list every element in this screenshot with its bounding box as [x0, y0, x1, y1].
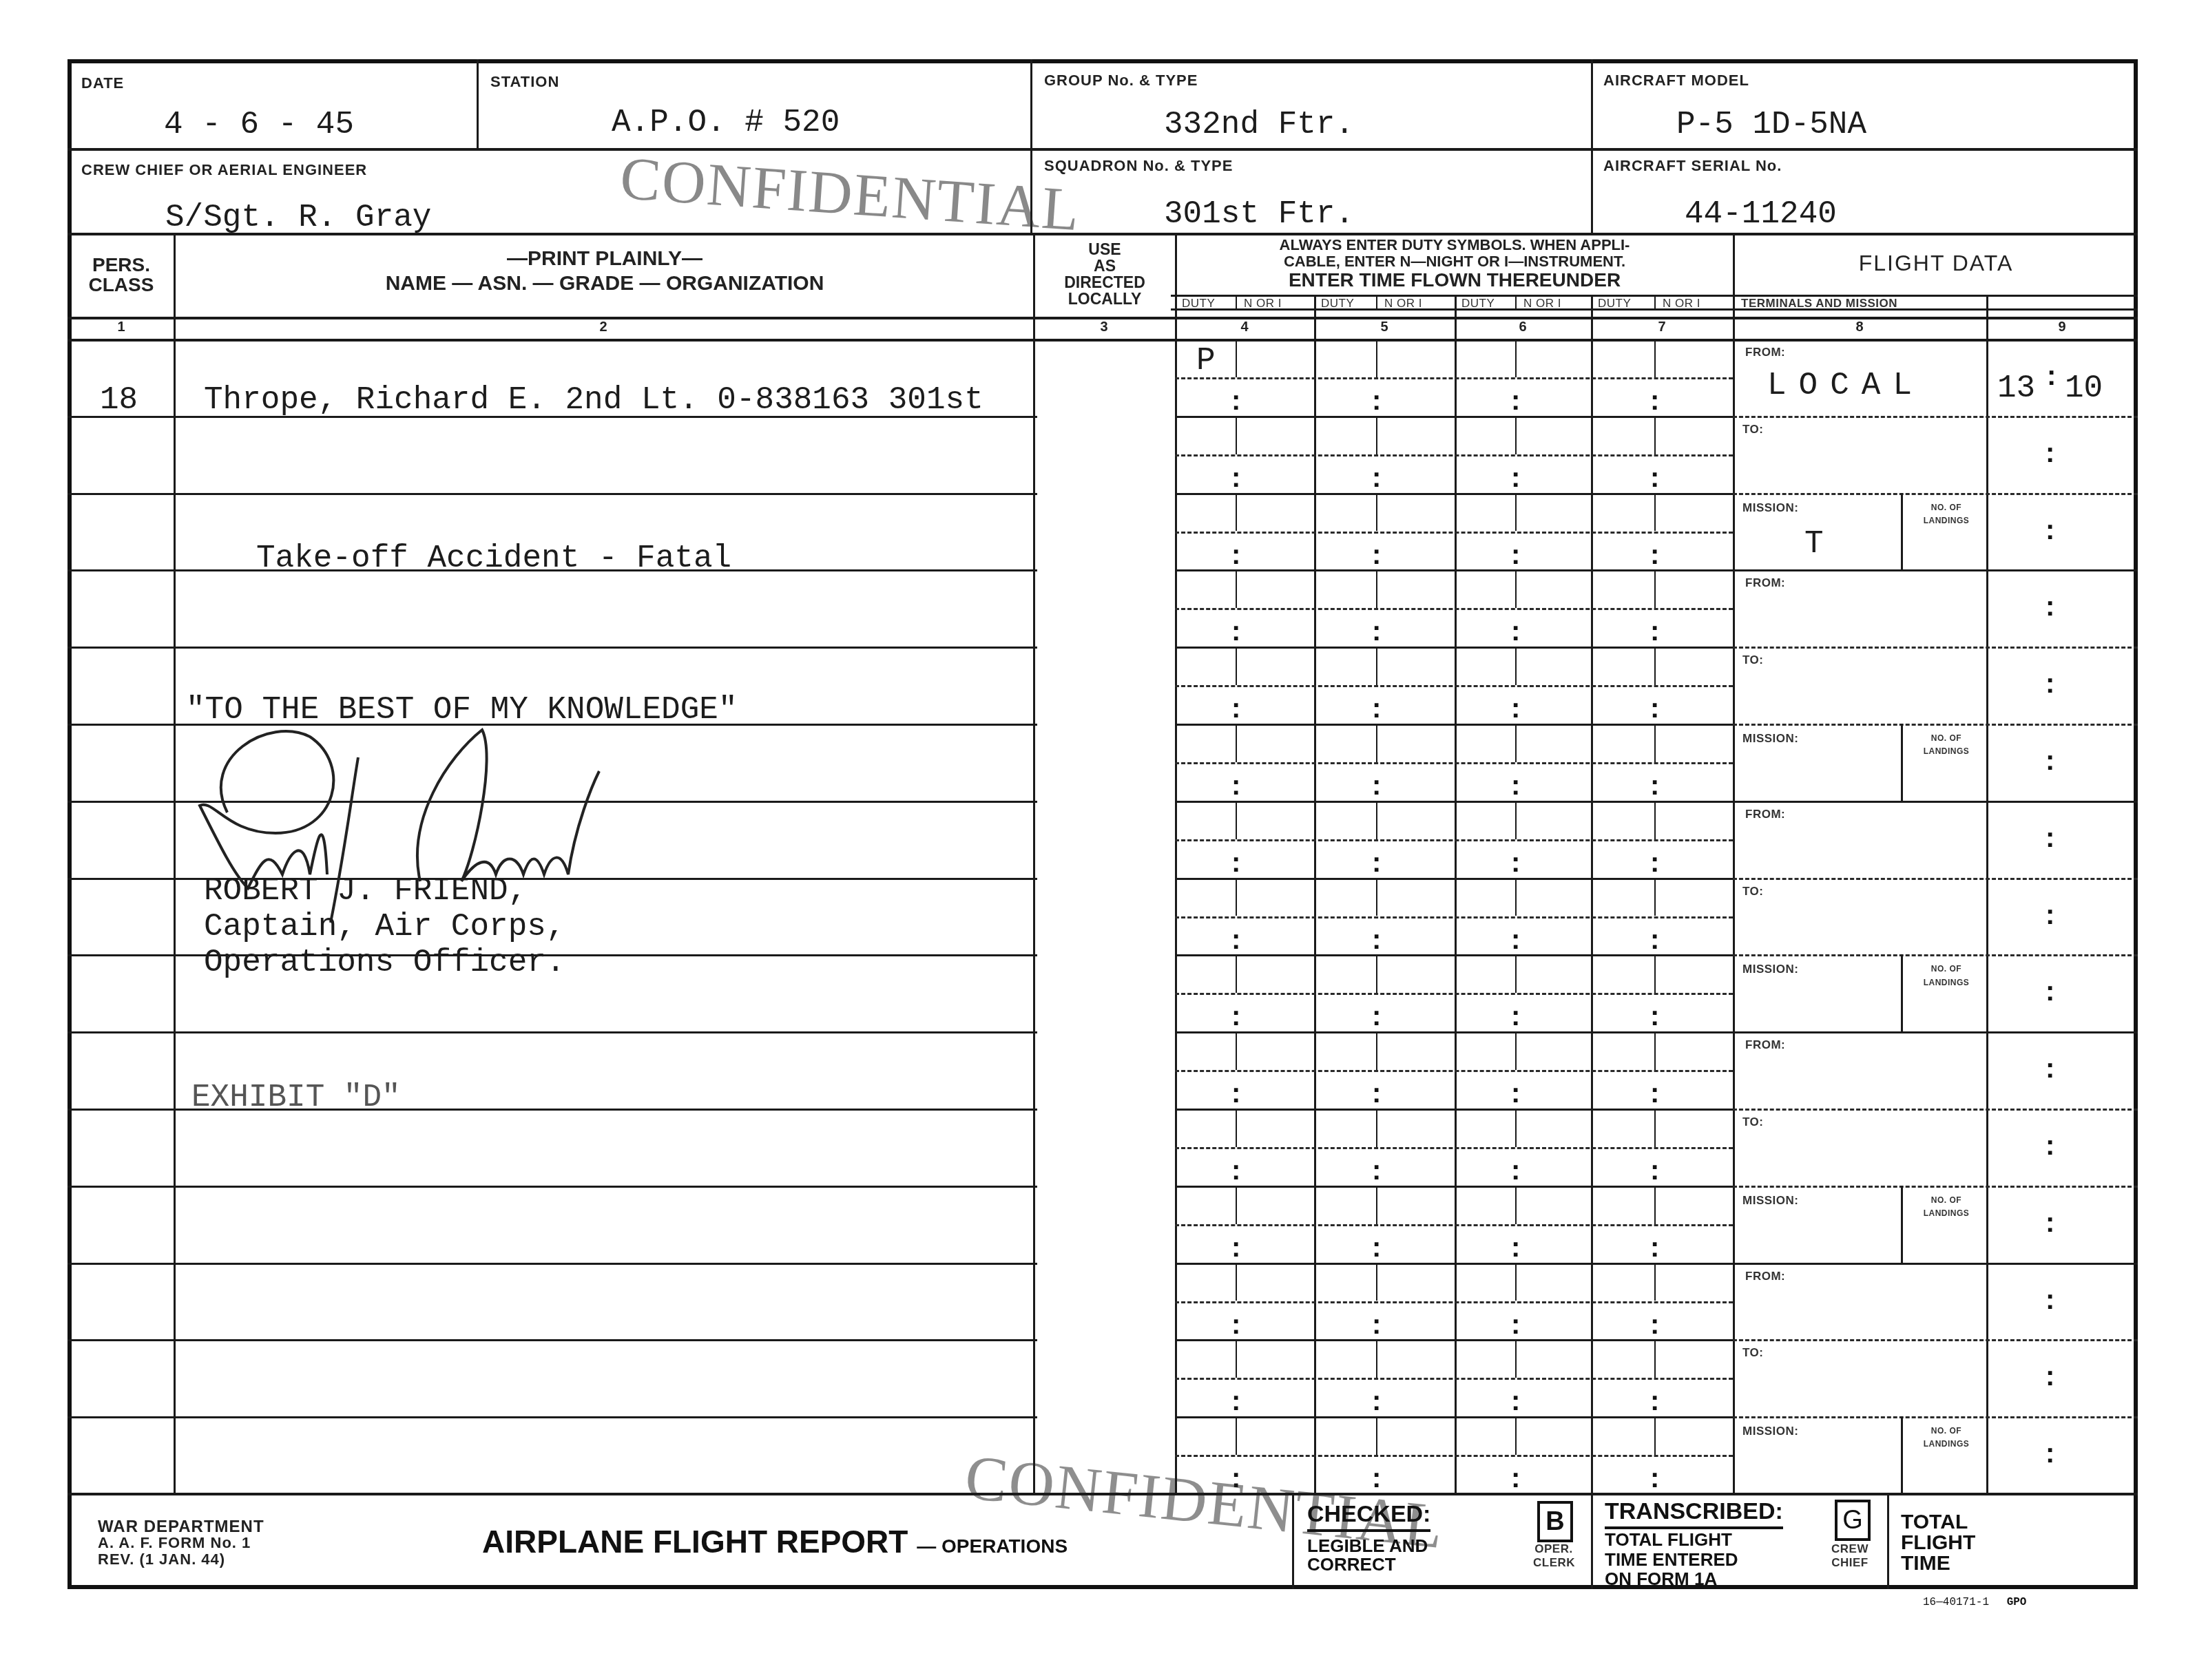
- divider: [67, 148, 2138, 151]
- to-mission-divider: [1733, 493, 2138, 495]
- nori-divider: [1376, 1416, 1377, 1455]
- divider: [1901, 1416, 1903, 1493]
- nori-subheader: N OR I: [1663, 297, 1700, 311]
- pers-class-value[interactable]: 18: [100, 382, 138, 418]
- to-mission-divider: [1733, 724, 2138, 726]
- nori-divider: [1515, 1416, 1517, 1455]
- nori-divider: [1236, 647, 1237, 685]
- landings-label: NO. OF LANDINGS: [1913, 732, 1979, 758]
- nori-divider: [1515, 1186, 1517, 1224]
- row-divider: [67, 1263, 1037, 1265]
- column-number: 1: [107, 319, 135, 335]
- flight-time-colon: :: [2046, 593, 2054, 620]
- flight-time-colon: :: [2046, 1209, 2054, 1237]
- divider: [1887, 1493, 1889, 1589]
- pers-class-header: PERS. CLASS: [69, 255, 174, 295]
- nori-divider: [1376, 493, 1377, 532]
- time-colon: :: [1231, 618, 1240, 645]
- crew-chief-box[interactable]: G: [1835, 1500, 1871, 1541]
- nori-divider: [1654, 416, 1656, 454]
- flight-time-colon: :: [2046, 824, 2054, 852]
- duty-time-divider: [1175, 377, 1733, 379]
- crew-chief-field[interactable]: S/Sgt. R. Gray: [165, 200, 431, 235]
- time-colon: :: [1372, 1387, 1381, 1415]
- nori-divider: [1515, 339, 1517, 377]
- nori-divider: [1654, 1416, 1656, 1455]
- nori-divider: [1515, 569, 1517, 608]
- nori-divider: [1376, 954, 1377, 993]
- time-colon: :: [1650, 1464, 1659, 1492]
- time-colon: :: [1372, 926, 1381, 954]
- nori-divider: [1515, 1031, 1517, 1070]
- nori-divider: [1236, 569, 1237, 608]
- from-label: FROM:: [1745, 808, 1785, 821]
- duty-time-divider: [1175, 1147, 1733, 1149]
- directed-word: DIRECTED: [1034, 274, 1175, 291]
- nori-divider: [1376, 724, 1377, 762]
- from-label: FROM:: [1745, 576, 1785, 590]
- from-to-divider: [1733, 878, 2138, 880]
- time-colon: :: [1650, 1080, 1659, 1107]
- block-divider: [1733, 1263, 2138, 1265]
- nori-divider: [1236, 801, 1237, 839]
- time-colon: :: [1511, 541, 1520, 569]
- checked-sub: LEGIBLE AND CORRECT: [1307, 1537, 1445, 1575]
- divider: [1455, 295, 1457, 1494]
- row-divider: [1175, 569, 1733, 571]
- nori-divider: [1376, 1263, 1377, 1301]
- divider: [1901, 724, 1903, 801]
- flight-time-colon: :: [2047, 362, 2056, 390]
- time-colon: :: [1511, 618, 1520, 645]
- time-colon: :: [1372, 618, 1381, 645]
- duty-subheader: DUTY: [1321, 297, 1354, 311]
- nori-divider: [1654, 1031, 1656, 1070]
- time-colon: :: [1372, 1080, 1381, 1107]
- time-colon: :: [1372, 541, 1381, 569]
- aircraft-model-label: AIRCRAFT MODEL: [1603, 72, 1749, 90]
- time-colon: :: [1372, 772, 1381, 799]
- divider: [1175, 233, 1177, 1494]
- time-colon: :: [1372, 464, 1381, 492]
- nori-divider: [1376, 1109, 1377, 1147]
- duty-time-divider: [1175, 454, 1733, 456]
- duty-instructions-1: ALWAYS ENTER DUTY SYMBOLS. WHEN APPLI-: [1176, 237, 1733, 253]
- row-divider: [67, 1339, 1037, 1341]
- divider: [1733, 233, 1735, 1494]
- group-label: GROUP No. & TYPE: [1044, 72, 1198, 90]
- time-colon: :: [1650, 926, 1659, 954]
- time-colon: :: [1650, 387, 1659, 414]
- crew-member-name[interactable]: Thrope, Richard E. 2nd Lt. 0-838163 301s…: [204, 382, 983, 418]
- time-colon: :: [1650, 464, 1659, 492]
- duty-time-divider: [1175, 1455, 1733, 1457]
- time-colon: :: [1231, 1311, 1240, 1338]
- time-colon: :: [1650, 618, 1659, 645]
- nori-divider: [1376, 416, 1377, 454]
- duty-subheader: DUTY: [1461, 297, 1495, 311]
- nori-divider: [1236, 1186, 1237, 1224]
- from-label: FROM:: [1745, 1270, 1785, 1283]
- flight-time-colon: :: [2046, 1363, 2054, 1390]
- to-label: TO:: [1742, 653, 1763, 667]
- oper-clerk-box[interactable]: B: [1537, 1501, 1573, 1542]
- divider: [1591, 1493, 1593, 1589]
- time-colon: :: [1231, 849, 1240, 876]
- row-divider: [1175, 493, 1733, 495]
- crew-chief-footer-label: CREW CHIEF: [1829, 1542, 1871, 1571]
- to-mission-divider: [1733, 1416, 2138, 1418]
- mission-label: MISSION:: [1742, 732, 1798, 746]
- aircraft-serial-field[interactable]: 44-11240: [1685, 196, 1837, 232]
- squadron-label: SQUADRON No. & TYPE: [1044, 157, 1233, 175]
- divider: [1986, 295, 1988, 1494]
- time-colon: :: [1231, 464, 1240, 492]
- flight-time-colon: :: [2046, 670, 2054, 697]
- flight-word: FLIGHT: [1901, 1533, 1975, 1553]
- time-colon: :: [1511, 387, 1520, 414]
- aircraft-serial-label: AIRCRAFT SERIAL No.: [1603, 157, 1782, 175]
- block-divider: [1733, 801, 2138, 803]
- terminals-mission-header: TERMINALS AND MISSION: [1741, 297, 1897, 311]
- time-colon: :: [1231, 772, 1240, 799]
- nori-divider: [1236, 493, 1237, 532]
- nori-divider: [1236, 416, 1237, 454]
- time-colon: :: [1372, 1234, 1381, 1261]
- to-label: TO:: [1742, 885, 1763, 899]
- divider: [1901, 1186, 1903, 1263]
- nori-divider: [1654, 878, 1656, 916]
- mission-label: MISSION:: [1742, 1194, 1798, 1208]
- nori-divider: [1515, 954, 1517, 993]
- time-colon: :: [1231, 1157, 1240, 1184]
- signer-name: ROBERT J. FRIEND,: [204, 873, 527, 909]
- nori-divider: [1376, 801, 1377, 839]
- time-colon: :: [1511, 464, 1520, 492]
- squadron-field[interactable]: 301st Ftr.: [1164, 196, 1354, 232]
- signer-title: Operations Officer.: [204, 945, 565, 980]
- column-number: 7: [1648, 319, 1676, 335]
- nori-divider: [1515, 647, 1517, 685]
- divider: [477, 59, 479, 148]
- time-colon: :: [1372, 387, 1381, 414]
- duty-time-divider: [1175, 608, 1733, 610]
- nori-divider: [1376, 569, 1377, 608]
- time-colon: :: [1650, 1157, 1659, 1184]
- row-divider: [1175, 1186, 1733, 1188]
- landings-label: NO. OF LANDINGS: [1913, 963, 1979, 989]
- nori-divider: [1515, 1263, 1517, 1301]
- nori-divider: [1236, 1263, 1237, 1301]
- mission-label: MISSION:: [1742, 963, 1798, 976]
- duty-time-divider: [1175, 1224, 1733, 1226]
- divider: [1591, 295, 1593, 1494]
- time-colon: :: [1511, 1387, 1520, 1415]
- row-divider: [67, 647, 1037, 649]
- nori-divider: [1654, 1263, 1656, 1301]
- nori-divider: [1515, 1109, 1517, 1147]
- nori-divider: [1376, 1186, 1377, 1224]
- row-divider: [1175, 878, 1733, 880]
- duty-subheader: DUTY: [1598, 297, 1631, 311]
- date-label: DATE: [81, 74, 124, 92]
- row-divider: [67, 1031, 1037, 1033]
- time-colon: :: [1511, 1311, 1520, 1338]
- time-colon: :: [1650, 695, 1659, 722]
- row-divider: [1175, 416, 1733, 418]
- flight-time-minutes[interactable]: 10: [2065, 370, 2103, 406]
- time-colon: :: [1511, 1464, 1520, 1492]
- time-colon: :: [1231, 1002, 1240, 1030]
- row-divider: [1175, 1263, 1733, 1265]
- divider: [1292, 1493, 1294, 1589]
- time-colon: :: [1511, 695, 1520, 722]
- nori-divider: [1654, 647, 1656, 685]
- flight-time-colon: :: [2046, 978, 2054, 1005]
- time-colon: :: [1231, 695, 1240, 722]
- nori-divider: [1236, 1416, 1237, 1455]
- flight-time-colon: :: [2046, 516, 2054, 544]
- transcribed-line-2: TIME ENTERED: [1605, 1550, 1738, 1570]
- form-revision: REV. (1 JAN. 44): [98, 1551, 225, 1568]
- nori-divider: [1515, 878, 1517, 916]
- row-divider: [67, 1186, 1037, 1188]
- nori-divider: [1515, 724, 1517, 762]
- duty-time-divider: [1175, 1378, 1733, 1380]
- time-colon: :: [1231, 1080, 1240, 1107]
- divider: [1236, 295, 1237, 308]
- nori-divider: [1515, 801, 1517, 839]
- flight-time-hours[interactable]: 13: [1997, 370, 2035, 406]
- from-label: FROM:: [1745, 346, 1785, 359]
- to-label: TO:: [1742, 1115, 1763, 1129]
- nori-divider: [1654, 569, 1656, 608]
- duty-time-divider: [1175, 532, 1733, 534]
- from-to-divider: [1733, 647, 2138, 649]
- time-colon: :: [1231, 387, 1240, 414]
- total-flight-time-label: TOTAL FLIGHT TIME: [1901, 1512, 1975, 1574]
- remark-text: Take-off Accident - Fatal: [256, 540, 731, 576]
- nori-divider: [1654, 1186, 1656, 1224]
- time-colon: :: [1650, 772, 1659, 799]
- row-divider: [1175, 1031, 1733, 1033]
- from-to-divider: [1733, 416, 2138, 418]
- divider: [1515, 295, 1517, 308]
- nori-divider: [1236, 724, 1237, 762]
- use-directed-header: USE AS DIRECTED LOCALLY: [1034, 241, 1175, 308]
- duty-time-divider: [1175, 993, 1733, 995]
- row-divider: [1175, 647, 1733, 649]
- row-divider: [1175, 954, 1733, 956]
- nori-subheader: N OR I: [1384, 297, 1422, 311]
- nori-divider: [1236, 954, 1237, 993]
- block-divider: [1733, 1031, 2138, 1033]
- time-colon: :: [1372, 695, 1381, 722]
- column-number: 3: [1090, 319, 1118, 335]
- column-number: 9: [2048, 319, 2076, 335]
- nori-divider: [1654, 339, 1656, 377]
- to-label: TO:: [1742, 1346, 1763, 1360]
- time-colon: :: [1650, 849, 1659, 876]
- time-colon: :: [1650, 1002, 1659, 1030]
- form-number: A. A. F. FORM No. 1: [98, 1534, 251, 1552]
- nori-divider: [1236, 1031, 1237, 1070]
- row-divider: [67, 493, 1037, 495]
- from-to-divider: [1733, 1109, 2138, 1111]
- flight-time-colon: :: [2046, 1132, 2054, 1159]
- landings-label: NO. OF LANDINGS: [1913, 1425, 1979, 1451]
- flight-data-header: FLIGHT DATA: [1734, 252, 2138, 275]
- nori-divider: [1654, 724, 1656, 762]
- nori-divider: [1515, 416, 1517, 454]
- nori-divider: [1515, 1339, 1517, 1378]
- nori-subheader: N OR I: [1244, 297, 1282, 311]
- time-colon: :: [1650, 1234, 1659, 1261]
- row-divider: [1175, 1339, 1733, 1341]
- crew-chief-label: CREW CHIEF OR AERIAL ENGINEER: [81, 161, 367, 179]
- transcribed-line-3: ON FORM 1A: [1605, 1569, 1738, 1589]
- from-field[interactable]: LOCAL: [1767, 368, 1924, 403]
- nori-subheader: N OR I: [1523, 297, 1561, 311]
- duty-time-divider: [1175, 762, 1733, 764]
- print-code-text: 16—40171-1: [1923, 1596, 1989, 1608]
- time-colon: :: [1650, 1311, 1659, 1338]
- nori-divider: [1376, 878, 1377, 916]
- flight-time-colon: :: [2046, 1055, 2054, 1082]
- total-word: TOTAL: [1901, 1512, 1975, 1533]
- column-number: 2: [590, 319, 617, 335]
- flight-time-colon: :: [2046, 1440, 2054, 1467]
- nori-divider: [1654, 1339, 1656, 1378]
- from-label: FROM:: [1745, 1038, 1785, 1052]
- flight-time-colon: :: [2046, 439, 2054, 467]
- divider: [1901, 954, 1903, 1031]
- aircraft-model-field[interactable]: P-5 1D-5NA: [1676, 107, 1866, 143]
- nori-divider: [1376, 339, 1377, 377]
- time-colon: :: [1511, 1002, 1520, 1030]
- transcribed-sub: TOTAL FLIGHT TIME ENTERED ON FORM 1A: [1605, 1530, 1738, 1589]
- time-colon: :: [1650, 1387, 1659, 1415]
- time-colon: :: [1231, 541, 1240, 569]
- transcribed-label: TRANSCRIBED:: [1605, 1498, 1783, 1529]
- form-title-text: AIRPLANE FLIGHT REPORT: [482, 1524, 908, 1560]
- duty-time-divider: [1175, 916, 1733, 918]
- oper-clerk-label: OPER. CLERK: [1533, 1542, 1574, 1571]
- time-colon: :: [1231, 1387, 1240, 1415]
- duty-instructions-3: ENTER TIME FLOWN THEREUNDER: [1176, 270, 1733, 290]
- column-number: 8: [1846, 319, 1873, 335]
- time-colon: :: [1511, 772, 1520, 799]
- landings-label: NO. OF LANDINGS: [1913, 501, 1979, 527]
- nori-divider: [1236, 1339, 1237, 1378]
- block-divider: [1733, 569, 2138, 571]
- column-number: 5: [1371, 319, 1398, 335]
- mission-label: MISSION:: [1742, 501, 1798, 515]
- time-colon: :: [1511, 1157, 1520, 1184]
- locally-word: LOCALLY: [1034, 291, 1175, 307]
- station-field[interactable]: A.P.O. # 520: [612, 105, 840, 140]
- to-label: TO:: [1742, 423, 1763, 437]
- nori-divider: [1236, 878, 1237, 916]
- transcribed-line-1: TOTAL FLIGHT: [1605, 1530, 1738, 1550]
- duty-subheader: DUTY: [1182, 297, 1215, 311]
- nori-divider: [1654, 954, 1656, 993]
- time-colon: :: [1372, 1311, 1381, 1338]
- row-divider: [1175, 724, 1733, 726]
- duty-symbol[interactable]: P: [1196, 343, 1216, 379]
- time-colon: :: [1511, 1234, 1520, 1261]
- time-colon: :: [1511, 1080, 1520, 1107]
- row-divider: [67, 1416, 1037, 1418]
- divider: [1314, 295, 1316, 1494]
- row-divider: [1175, 1109, 1733, 1111]
- row-divider: [1175, 1416, 1733, 1418]
- divider: [1654, 295, 1656, 308]
- time-colon: :: [1372, 1002, 1381, 1030]
- time-colon: :: [1372, 1157, 1381, 1184]
- checked-label: CHECKED:: [1307, 1501, 1430, 1532]
- to-mission-divider: [1733, 954, 2138, 956]
- divider: [1591, 59, 1593, 233]
- flight-time-colon: :: [2046, 747, 2054, 775]
- duty-time-divider: [1175, 1070, 1733, 1072]
- divider: [67, 339, 2138, 342]
- nori-divider: [1376, 647, 1377, 685]
- form-title-suffix: — OPERATIONS: [917, 1535, 1068, 1557]
- column-number: 6: [1509, 319, 1537, 335]
- time-word: TIME: [1901, 1553, 1975, 1574]
- signer-rank: Captain, Air Corps,: [204, 909, 565, 945]
- time-colon: :: [1511, 926, 1520, 954]
- use-word: USE: [1034, 241, 1175, 258]
- divider: [1033, 233, 1035, 1494]
- exhibit-label: EXHIBIT "D": [191, 1080, 401, 1115]
- name-asn-header: NAME — ASN. — GRADE — ORGANIZATION: [176, 273, 1033, 295]
- landings-label: NO. OF LANDINGS: [1913, 1194, 1979, 1220]
- divider: [174, 233, 176, 1494]
- flight-time-colon: :: [2046, 901, 2054, 929]
- nori-divider: [1654, 1109, 1656, 1147]
- time-colon: :: [1372, 849, 1381, 876]
- mission-label: MISSION:: [1742, 1425, 1798, 1438]
- as-word: AS: [1034, 258, 1175, 274]
- column-number: 4: [1231, 319, 1258, 335]
- nori-divider: [1654, 801, 1656, 839]
- to-mission-divider: [1733, 1186, 2138, 1188]
- nori-divider: [1376, 1339, 1377, 1378]
- nori-divider: [1515, 493, 1517, 532]
- station-label: STATION: [490, 73, 559, 91]
- printer-text: GPO: [2007, 1596, 2027, 1608]
- nori-divider: [1654, 493, 1656, 532]
- flight-time-colon: :: [2046, 1286, 2054, 1314]
- date-field[interactable]: 4 - 6 - 45: [164, 107, 354, 143]
- print-plainly-header: —PRINT PLAINLY—: [176, 248, 1033, 270]
- group-field[interactable]: 332nd Ftr.: [1164, 107, 1354, 143]
- time-colon: :: [1650, 541, 1659, 569]
- print-code: 16—40171-1 GPO: [1923, 1596, 2026, 1608]
- divider: [1376, 295, 1377, 308]
- time-colon: :: [1231, 1234, 1240, 1261]
- form-title: AIRPLANE FLIGHT REPORT — OPERATIONS: [482, 1523, 1068, 1560]
- row-divider: [1175, 801, 1733, 803]
- duty-time-divider: [1175, 685, 1733, 687]
- mission-field[interactable]: T: [1804, 526, 1824, 562]
- nori-divider: [1236, 1109, 1237, 1147]
- time-colon: :: [1511, 849, 1520, 876]
- from-to-divider: [1733, 1339, 2138, 1341]
- divider: [1901, 493, 1903, 570]
